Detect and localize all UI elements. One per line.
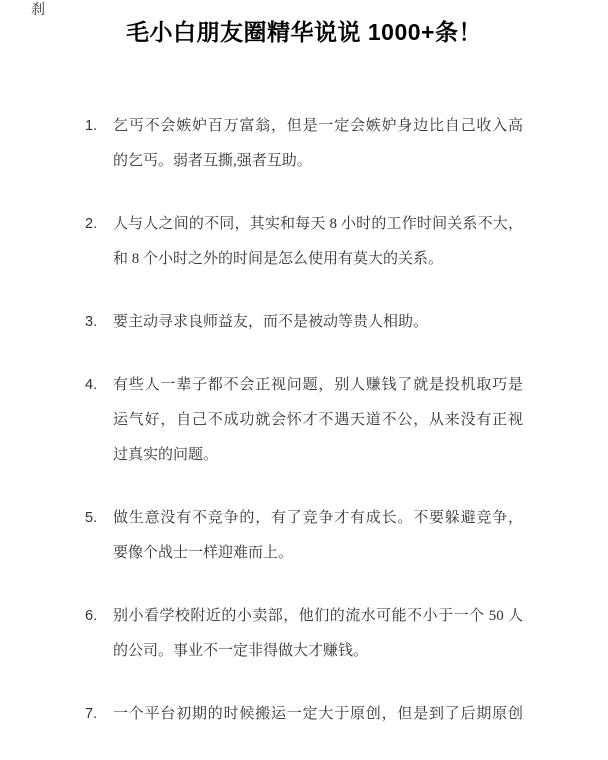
corner-mark: 刹 (31, 3, 45, 19)
item-line: 一个平台初期的时候搬运一定大于原创，但是到了后期原创 (113, 697, 523, 732)
list-item: 3. 要主动寻求良师益友，而不是被动等贵人相助。 (85, 305, 523, 340)
item-number: 1. (85, 109, 113, 144)
item-text: 人与人之间的不同，其实和每天 8 小时的工作时间关系不大，和 8 个小时之外的时… (113, 207, 523, 277)
item-line: 和 8 个小时之外的时间是怎么使用有莫大的关系。 (113, 242, 523, 277)
item-text: 做生意没有不竞争的，有了竞争才有成长。不要躲避竞争，要像个战士一样迎难而上。 (113, 501, 523, 571)
item-line: 做生意没有不竞争的，有了竞争才有成长。不要躲避竞争， (113, 501, 523, 536)
document-page: 刹 毛小白朋友圈精华说说 1000+条！ 1. 乞丐不会嫉妒百万富翁，但是一定会… (0, 0, 608, 760)
item-text: 要主动寻求良师益友，而不是被动等贵人相助。 (113, 305, 523, 340)
item-text: 乞丐不会嫉妒百万富翁，但是一定会嫉妒身边比自己收入高的乞丐。弱者互撕,强者互助。 (113, 109, 523, 179)
item-number: 2. (85, 207, 113, 242)
item-line: 过真实的问题。 (113, 438, 523, 473)
item-number: 5. (85, 501, 113, 536)
item-line: 别小看学校附近的小卖部，他们的流水可能不小于一个 50 人 (113, 599, 523, 634)
list-item: 2. 人与人之间的不同，其实和每天 8 小时的工作时间关系不大，和 8 个小时之… (85, 207, 523, 277)
item-line: 人与人之间的不同，其实和每天 8 小时的工作时间关系不大， (113, 207, 523, 242)
item-line: 的乞丐。弱者互撕,强者互助。 (113, 144, 523, 179)
list-item: 7. 一个平台初期的时候搬运一定大于原创，但是到了后期原创 (85, 697, 523, 732)
item-line: 要像个战士一样迎难而上。 (113, 536, 523, 571)
item-number: 6. (85, 599, 113, 634)
item-text: 有些人一辈子都不会正视问题，别人赚钱了就是投机取巧是运气好，自己不成功就会怀才不… (113, 368, 523, 473)
list-item: 1. 乞丐不会嫉妒百万富翁，但是一定会嫉妒身边比自己收入高的乞丐。弱者互撕,强者… (85, 109, 523, 179)
item-line: 要主动寻求良师益友，而不是被动等贵人相助。 (113, 305, 523, 340)
item-text: 别小看学校附近的小卖部，他们的流水可能不小于一个 50 人的公司。事业不一定非得… (113, 599, 523, 669)
item-number: 4. (85, 368, 113, 403)
item-line: 运气好，自己不成功就会怀才不遇天道不公，从来没有正视 (113, 403, 523, 438)
item-line: 乞丐不会嫉妒百万富翁，但是一定会嫉妒身边比自己收入高 (113, 109, 523, 144)
item-text: 一个平台初期的时候搬运一定大于原创，但是到了后期原创 (113, 697, 523, 732)
quotes-list: 1. 乞丐不会嫉妒百万富翁，但是一定会嫉妒身边比自己收入高的乞丐。弱者互撕,强者… (0, 109, 608, 732)
list-item: 5. 做生意没有不竞争的，有了竞争才有成长。不要躲避竞争，要像个战士一样迎难而上… (85, 501, 523, 571)
list-item: 6. 别小看学校附近的小卖部，他们的流水可能不小于一个 50 人的公司。事业不一… (85, 599, 523, 669)
item-number: 3. (85, 305, 113, 340)
page-title: 毛小白朋友圈精华说说 1000+条！ (0, 0, 608, 47)
list-item: 4. 有些人一辈子都不会正视问题，别人赚钱了就是投机取巧是运气好，自己不成功就会… (85, 368, 523, 473)
item-line: 有些人一辈子都不会正视问题，别人赚钱了就是投机取巧是 (113, 368, 523, 403)
item-number: 7. (85, 697, 113, 732)
item-line: 的公司。事业不一定非得做大才赚钱。 (113, 634, 523, 669)
